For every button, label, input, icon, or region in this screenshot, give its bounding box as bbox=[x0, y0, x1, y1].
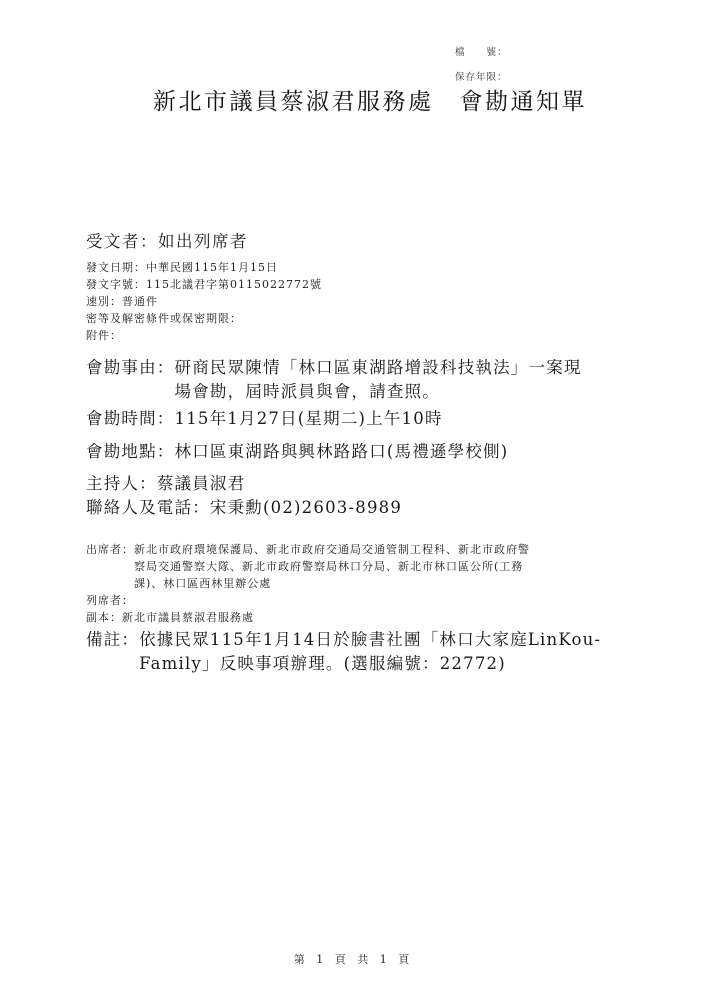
recipient-label: 受文者： bbox=[86, 232, 158, 251]
copy-value: 新北市議員蔡淑君服務處 bbox=[122, 611, 254, 624]
time-value: 115年1月27日(星期二)上午10時 bbox=[175, 409, 443, 428]
reason-line-1: 研商民眾陳情「林口區東湖路增設科技執法」一案現 bbox=[175, 356, 582, 380]
speed-row: 速別：普通件 bbox=[86, 293, 322, 310]
copy-to: 副本：新北市議員蔡淑君服務處 bbox=[86, 609, 254, 626]
attendees-line-3: 課)、林口區西林里辦公處 bbox=[134, 575, 530, 592]
reason-line-2: 場會勘，屆時派員與會，請查照。 bbox=[175, 380, 582, 404]
host-value: 蔡議員淑君 bbox=[157, 474, 246, 493]
classification-label: 密等及解密條件或保密期限： bbox=[86, 312, 242, 325]
place-label: 會勘地點： bbox=[86, 442, 175, 461]
issue-date-label: 發文日期： bbox=[86, 261, 146, 274]
file-number-label: 檔 號： bbox=[455, 44, 508, 58]
office-name: 新北市議員蔡淑君服務處 bbox=[153, 89, 434, 115]
reason-label: 會勘事由： bbox=[86, 356, 175, 404]
classification-row: 密等及解密條件或保密期限： bbox=[86, 310, 322, 327]
document-title: 新北市議員蔡淑君服務處會勘通知單 bbox=[153, 83, 587, 116]
place-value: 林口區東湖路與興林路路口(馬禮遜學校側) bbox=[175, 442, 509, 461]
attachment-row: 附件： bbox=[86, 327, 322, 344]
speed-label: 速別： bbox=[86, 295, 122, 308]
retention-period-label: 保存年限： bbox=[455, 69, 508, 83]
document-info: 發文日期：中華民國115年1月15日 發文字號：115北議君字第01150227… bbox=[86, 259, 322, 344]
notice-type: 會勘通知單 bbox=[460, 89, 588, 115]
remark-line-1: 依據民眾115年1月14日於臉書社團「林口大家庭LinKou- bbox=[139, 628, 601, 652]
remark-line-2: Family」反映事項辦理。(選服編號：22772) bbox=[139, 652, 601, 676]
recipient-value: 如出列席者 bbox=[158, 232, 248, 251]
inspection-reason: 會勘事由： 研商民眾陳情「林口區東湖路增設科技執法」一案現 場會勘，屆時派員與會… bbox=[86, 356, 582, 404]
page-number: 第 1 頁 共 1 頁 bbox=[0, 951, 707, 967]
attendees-line-1: 新北市政府環境保護局、新北市政府交通局交通管制工程科、新北市政府警 bbox=[134, 541, 530, 558]
host-label: 主持人： bbox=[86, 474, 157, 493]
doc-number-value: 115北議君字第0115022772號 bbox=[146, 278, 322, 291]
contact-label: 聯絡人及電話： bbox=[86, 498, 210, 517]
copy-label: 副本： bbox=[86, 611, 122, 624]
attachment-label: 附件： bbox=[86, 329, 122, 342]
contact: 聯絡人及電話：宋秉勳(02)2603-8989 bbox=[86, 496, 402, 520]
speed-value: 普通件 bbox=[122, 295, 158, 308]
host: 主持人：蔡議員淑君 bbox=[86, 472, 245, 496]
observers: 列席者： bbox=[86, 592, 134, 609]
doc-number-label: 發文字號： bbox=[86, 278, 146, 291]
remark-label: 備註： bbox=[86, 628, 139, 676]
recipient-line: 受文者：如出列席者 bbox=[86, 228, 248, 252]
attendees-line-2: 察局交通警察大隊、新北市政府警察局林口分局、新北市林口區公所(工務 bbox=[134, 558, 530, 575]
attendees-label: 出席者： bbox=[86, 541, 134, 592]
contact-value: 宋秉勳(02)2603-8989 bbox=[210, 498, 402, 517]
issue-date-value: 中華民國115年1月15日 bbox=[146, 261, 278, 274]
inspection-place: 會勘地點：林口區東湖路與興林路路口(馬禮遜學校側) bbox=[86, 440, 508, 464]
issue-date-row: 發文日期：中華民國115年1月15日 bbox=[86, 259, 322, 276]
inspection-time: 會勘時間：115年1月27日(星期二)上午10時 bbox=[86, 407, 443, 431]
remark: 備註： 依據民眾115年1月14日於臉書社團「林口大家庭LinKou- Fami… bbox=[86, 628, 601, 676]
attendees: 出席者： 新北市政府環境保護局、新北市政府交通局交通管制工程科、新北市政府警 察… bbox=[86, 541, 530, 592]
time-label: 會勘時間： bbox=[86, 409, 175, 428]
doc-number-row: 發文字號：115北議君字第0115022772號 bbox=[86, 276, 322, 293]
observers-label: 列席者： bbox=[86, 594, 134, 607]
